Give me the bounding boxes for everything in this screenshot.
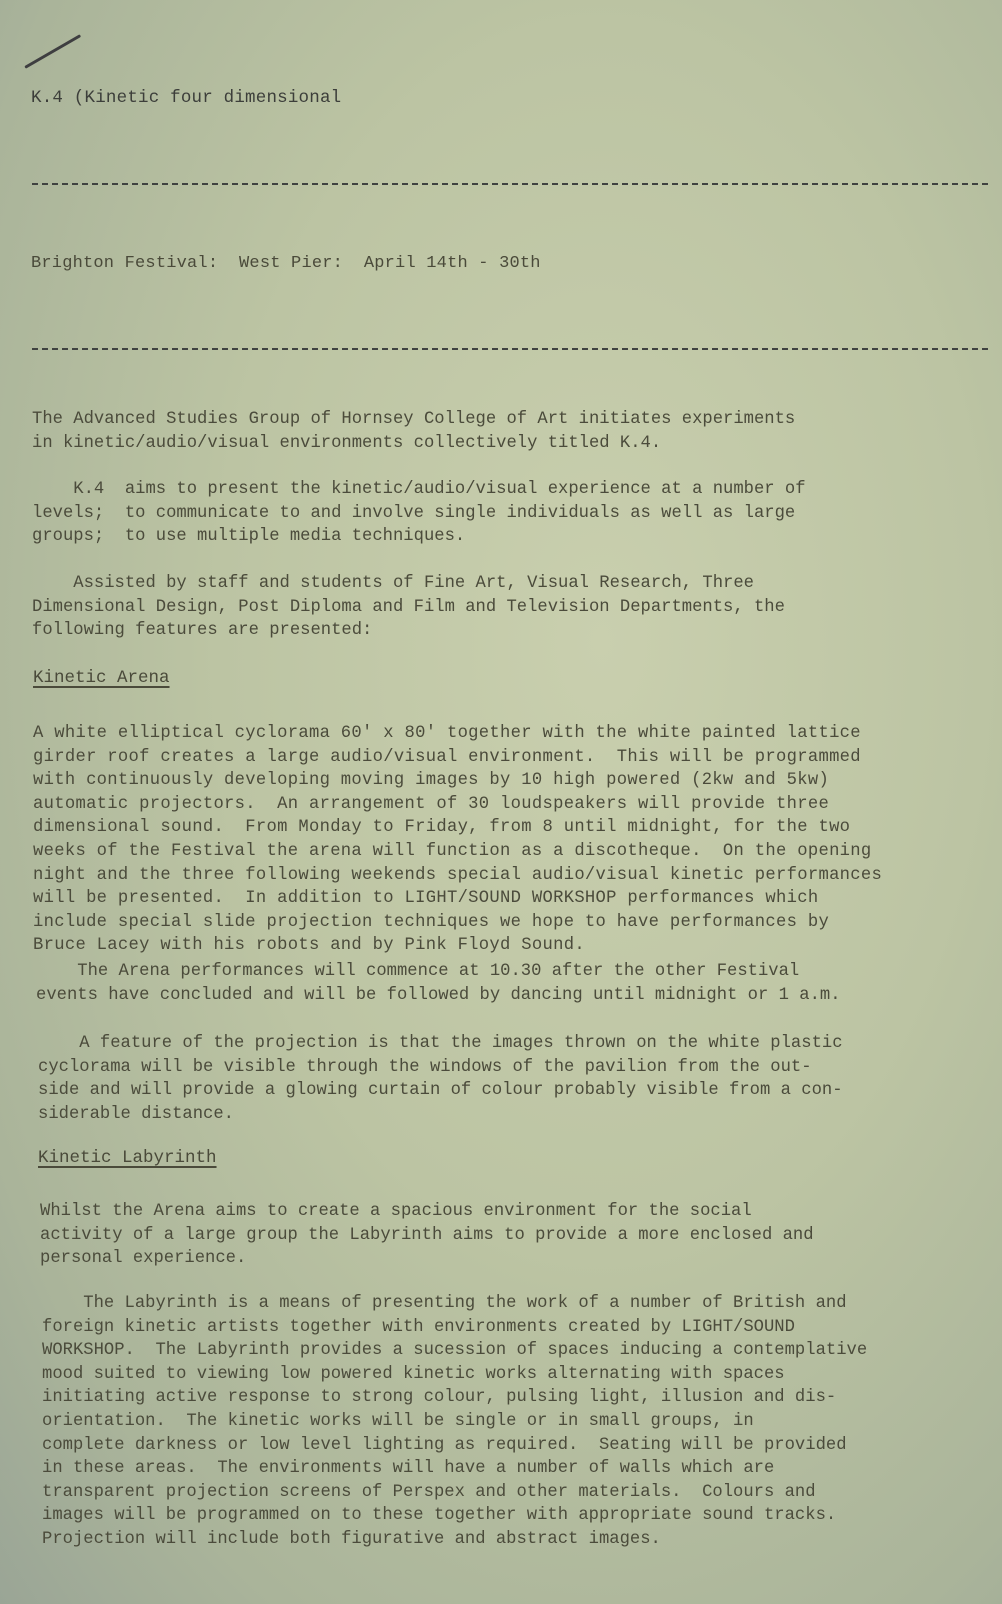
intro-paragraph: The Advanced Studies Group of Hornsey Co…: [32, 408, 795, 455]
dashed-divider: [32, 348, 988, 350]
pen-slash-mark: [24, 34, 81, 69]
section-paragraph: A feature of the projection is that the …: [38, 1032, 843, 1126]
section-heading: Kinetic Labyrinth: [38, 1148, 217, 1168]
document-title: K.4 (Kinetic four dimensional: [31, 88, 341, 108]
section-paragraph: Whilst the Arena aims to create a spacio…: [40, 1200, 814, 1271]
section-paragraph: The Arena performances will commence at …: [36, 960, 841, 1007]
intro-paragraph: K.4 aims to present the kinetic/audio/vi…: [32, 478, 806, 549]
section-paragraph: The Labyrinth is a means of presenting t…: [42, 1292, 867, 1552]
event-line: Brighton Festival: West Pier: April 14th…: [31, 254, 541, 273]
intro-paragraph: Assisted by staff and students of Fine A…: [32, 572, 785, 643]
dashed-divider: [32, 183, 988, 185]
section-heading: Kinetic Arena: [33, 668, 170, 688]
section-paragraph: A white elliptical cyclorama 60' x 80' t…: [33, 722, 882, 958]
typewritten-page: K.4 (Kinetic four dimensional Brighton F…: [0, 0, 1002, 1604]
